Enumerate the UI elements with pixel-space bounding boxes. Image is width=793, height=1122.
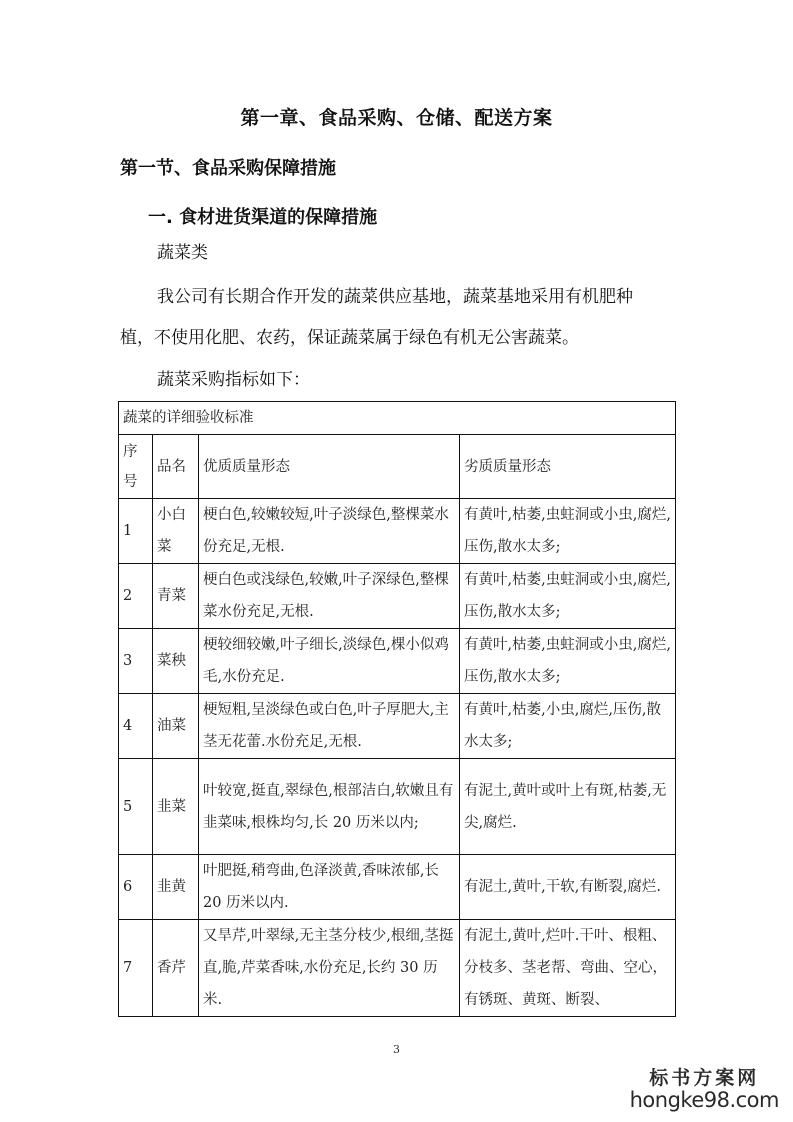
row-good: 梗白色,较嫩较短,叶子淡绿色,整棵菜水份充足,无根. [199,499,460,564]
watermark-logo: 标书方案网 hongke98.com [630,1068,779,1112]
row-bad: 有泥土,黄叶,烂叶.干叶、根粗、分枝多、茎老帮、弯曲、空心，有锈斑、黄斑、断裂、 [460,920,676,1017]
row-index: 6 [119,855,153,920]
table-row: 7 香芹 又旱芹,叶翠绿,无主茎分枝少,根细,茎挺直,脆,芹菜香味,水份充足,长… [119,920,676,1017]
watermark-chinese: 标书方案网 [630,1068,779,1088]
row-name: 油菜 [153,694,199,759]
row-index: 2 [119,564,153,629]
row-index: 5 [119,759,153,855]
row-index: 7 [119,920,153,1017]
row-index: 4 [119,694,153,759]
row-good: 梗短粗,呈淡绿色或白色,叶子厚肥大,主茎无花蕾.水份充足,无根. [199,694,460,759]
category-label: 蔬菜类 [157,245,208,262]
row-bad: 有黄叶,枯萎,虫蛀洞或小虫,腐烂,压伤,散水太多; [460,499,676,564]
row-bad: 有泥土,黄叶或叶上有斑,枯萎,无尖,腐烂. [460,759,676,855]
row-good: 叶肥挺,稍弯曲,色泽淡黄,香味浓郁,长 20 历米以内. [199,855,460,920]
header-name: 品名 [153,435,199,499]
row-name: 香芹 [153,920,199,1017]
row-bad: 有黄叶,枯萎,小虫,腐烂,压伤,散水太多; [460,694,676,759]
row-name: 小白菜 [153,499,199,564]
header-index: 序号 [119,435,153,499]
row-good: 梗较细较嫩,叶子细长,淡绿色,棵小似鸡毛,水份充足. [199,629,460,694]
table-row: 3 菜秧 梗较细较嫩,叶子细长,淡绿色,棵小似鸡毛,水份充足. 有黄叶,枯萎,虫… [119,629,676,694]
table-caption-row: 蔬菜的详细验收标准 [119,402,676,435]
subsection-title: 一. 食材进货渠道的保障措施 [148,203,377,229]
table-row: 6 韭黄 叶肥挺,稍弯曲,色泽淡黄,香味浓郁,长 20 历米以内. 有泥土,黄叶… [119,855,676,920]
row-bad: 有黄叶,枯萎,虫蛀洞或小虫,腐烂,压伤,散水太多; [460,564,676,629]
row-bad: 有泥土,黄叶,干软,有断裂,腐烂. [460,855,676,920]
body-paragraph-line-2: 植，不使用化肥、农药，保证蔬菜属于绿色有机无公害蔬菜。 [120,330,579,347]
table-row: 2 青菜 梗白色或浅绿色,较嫩,叶子深绿色,整棵菜水份充足,无根. 有黄叶,枯萎… [119,564,676,629]
row-index: 3 [119,629,153,694]
table-row: 4 油菜 梗短粗,呈淡绿色或白色,叶子厚肥大,主茎无花蕾.水份充足,无根. 有黄… [119,694,676,759]
table-header-row: 序号 品名 优质质量形态 劣质质量形态 [119,435,676,499]
row-name: 青菜 [153,564,199,629]
page-number: 3 [0,1043,793,1056]
table-row: 1 小白菜 梗白色,较嫩较短,叶子淡绿色,整棵菜水份充足,无根. 有黄叶,枯萎,… [119,499,676,564]
header-good: 优质质量形态 [199,435,460,499]
row-index: 1 [119,499,153,564]
table-row: 5 韭菜 叶较宽,挺直,翠绿色,根部洁白,软嫩且有韭菜味,根株均匀,长 20 历… [119,759,676,855]
row-good: 又旱芹,叶翠绿,无主茎分枝少,根细,茎挺直,脆,芹菜香味,水份充足,长约 30 … [199,920,460,1017]
row-name: 韭黄 [153,855,199,920]
acceptance-standard-table: 蔬菜的详细验收标准 序号 品名 优质质量形态 劣质质量形态 1 小白菜 梗白色,… [118,401,676,1017]
row-name: 菜秧 [153,629,199,694]
row-good: 梗白色或浅绿色,较嫩,叶子深绿色,整棵菜水份充足,无根. [199,564,460,629]
watermark-domain: hongke98.com [630,1088,779,1112]
body-paragraph-line-1: 我公司有长期合作开发的蔬菜供应基地，蔬菜基地采用有机肥种 [157,289,633,306]
row-name: 韭菜 [153,759,199,855]
row-bad: 有黄叶,枯萎,虫蛀洞或小虫,腐烂,压伤,散水太多; [460,629,676,694]
table-caption: 蔬菜的详细验收标准 [119,402,676,435]
header-bad: 劣质质量形态 [460,435,676,499]
chapter-title: 第一章、食品采购、仓储、配送方案 [0,103,793,130]
section-title: 第一节、食品采购保障措施 [120,154,336,180]
table-intro: 蔬菜采购指标如下： [157,372,310,389]
row-good: 叶较宽,挺直,翠绿色,根部洁白,软嫩且有韭菜味,根株均匀,长 20 历米以内; [199,759,460,855]
